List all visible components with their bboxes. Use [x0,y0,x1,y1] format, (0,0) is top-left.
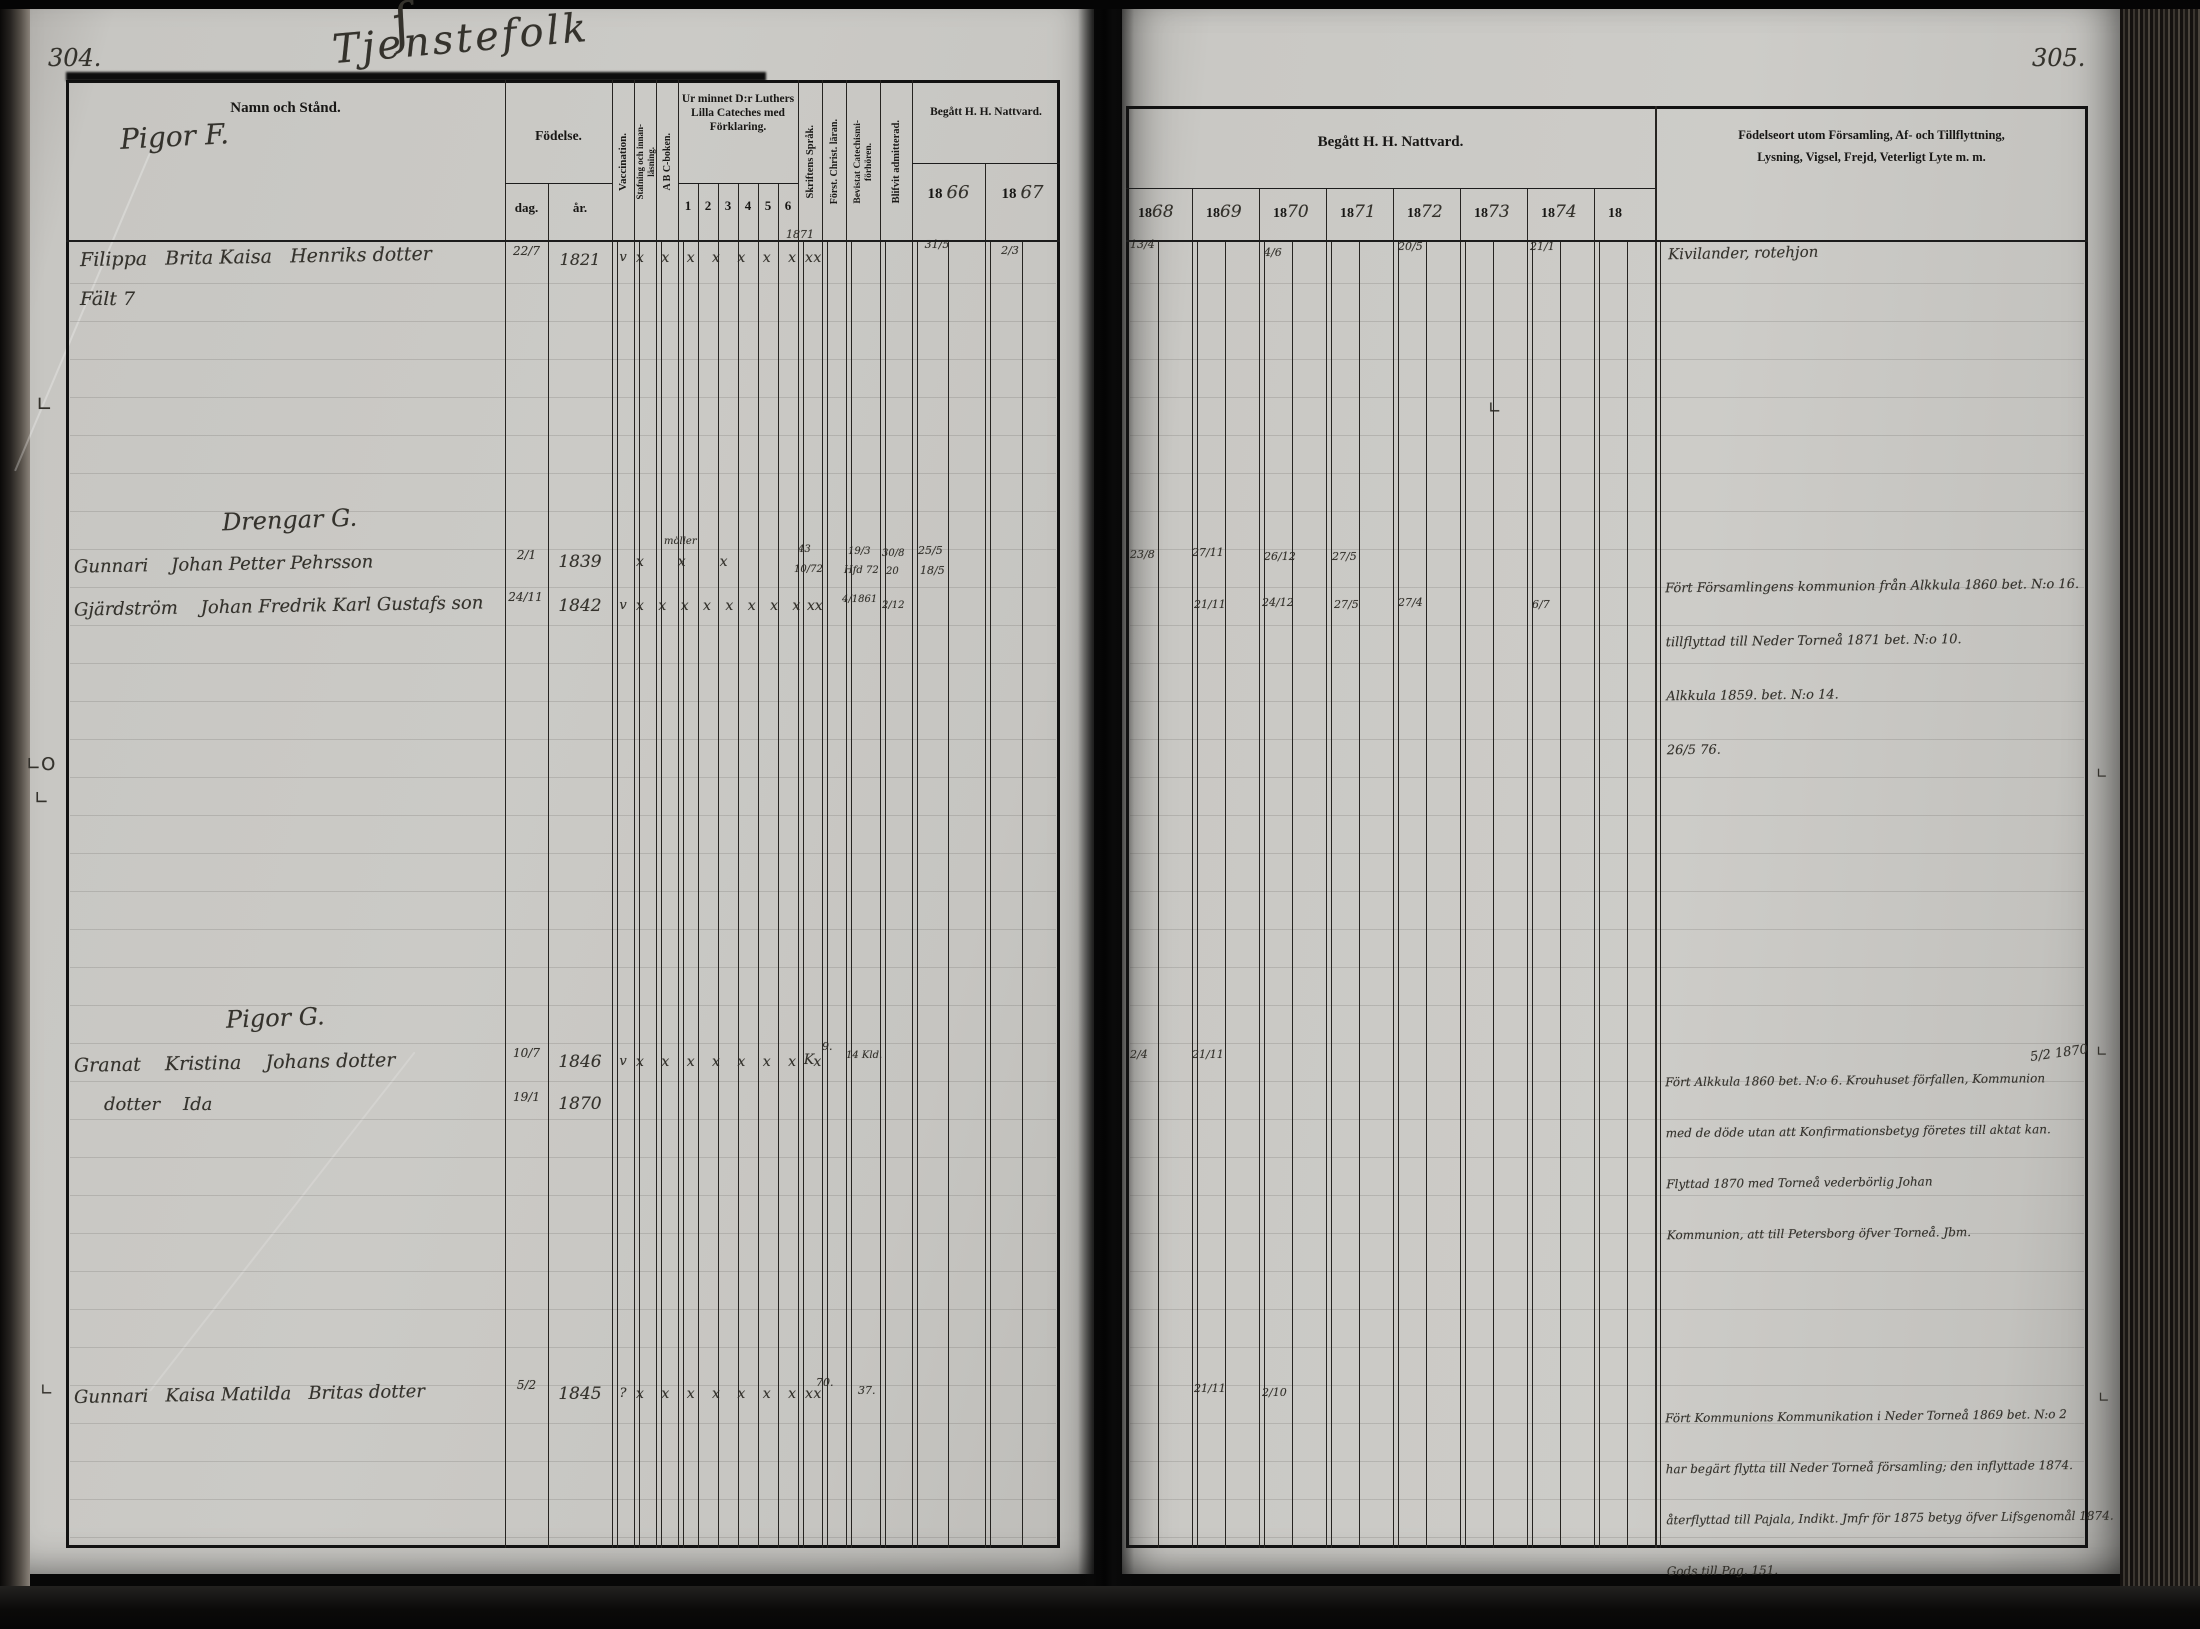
cell-communion-1870: 2/10 [1262,1386,1287,1399]
cell-communion-1871: 27/5 [1334,598,1359,611]
table-rule-vertical [912,80,913,242]
cell-birth-day-2: 19/1 [505,1090,548,1104]
note-line: Fört Alkkula 1860 bet. N:o 6. Krouhuset … [1665,1070,2095,1092]
table-rule-vertical [1460,188,1461,242]
col-header-name: Namn och Stånd. [66,100,505,117]
table-rule-vertical [822,80,823,242]
col-header-spelling: Stafning och innan- läsning. [634,86,656,238]
col-header-communion-left: Begått H. H. Nattvard. [912,106,1060,118]
table-rule-vertical [758,242,759,1548]
table-rule-vertical [846,80,847,242]
note-line: Alkkula 1859. bet. N:o 14. [1666,684,2096,707]
book-page-edges [2120,0,2200,1629]
table-rule-vertical [1460,242,1461,1548]
table-rule-vertical [1465,242,1466,1548]
year-handwritten-71: 71 [1354,202,1376,222]
col-header-spelling-line2: läsning. [646,147,656,177]
cell-scripture-top: 43 [798,544,811,555]
table-rule-vertical [738,183,739,242]
table-rule-vertical [639,242,640,1548]
table-rule-vertical [683,242,684,1548]
cell-communion-1867: 2/3 [990,244,1030,257]
table-rule-vertical [1158,242,1159,1548]
table-rule-vertical [1426,242,1427,1548]
table-rule-vertical [548,242,549,1548]
year-prefix: 18 [1541,206,1555,221]
table-rule-vertical [738,242,739,1548]
note-line: Kommunion, att till Petersborg öfver Tor… [1667,1223,2097,1245]
year-handwritten-72: 72 [1421,202,1443,222]
table-rule-vertical [822,242,823,1548]
col-header-day: dag. [505,200,548,216]
col-header-year: år. [548,200,612,216]
cell-birth-year: 1846 [548,1052,612,1072]
cell-birth-year: 1842 [548,596,612,616]
notes-block-bottom: Fört Kommunions Kommunikation i Neder To… [1665,1372,2107,1615]
cell-birth-day: 24/11 [503,590,548,604]
col-header-abc-book: A B C-boken. [656,86,678,238]
col-header-communion-right: Begått H. H. Nattvard. [1126,134,1655,151]
margin-mark: ∟ [34,788,49,809]
col-header-cat-2: 2 [698,198,718,214]
table-rule-vertical [548,183,549,242]
note-line: 26/5 76. [1667,738,2097,761]
col-header-abc-book-label: A B C-boken. [662,133,673,191]
cell-exam-note: 4/1861 [842,594,877,605]
cell-communion-1871: 27/5 [1332,550,1357,563]
table-rule-vertical [1259,242,1260,1548]
table-rule-vertical [1527,188,1528,242]
table-rule-vertical [758,183,759,242]
col-header-admitted: Blifvit admitterad. [880,86,912,238]
margin-mark: ∟O [26,754,55,775]
table-rule-vertical [661,242,662,1548]
table-rule-vertical [1398,242,1399,1548]
table-rule-vertical [678,80,679,242]
table-rule-vertical [778,183,779,242]
table-rule-vertical [798,80,799,242]
cell-communion-1866-bottom: 18/5 [920,564,945,577]
year-prefix: 18 [1474,206,1488,221]
table-rule-vertical [917,242,918,1548]
section-heading-pigor: Pigor G. [226,1002,326,1033]
table-rule-horizontal [1126,240,2088,242]
margin-mark: ∟ [36,392,53,416]
col-header-scripture: Skriftens Språk. [798,86,822,238]
row-name-line2: Fält 7 [80,288,135,310]
scan-top-edge [0,0,2200,9]
table-rule-vertical [505,80,506,242]
year-handwritten-68: 68 [1152,202,1174,222]
cell-birth-day: 10/7 [505,1046,548,1060]
left-table-top-smear [66,72,766,81]
year-cell-1867: 18 67 [985,182,1060,203]
cell-communion-1870: 4/6 [1264,246,1282,259]
table-rule-vertical [1527,242,1528,1548]
col-header-christianity-label: Först. Christ. läran. [829,119,840,204]
notes-block-pigor: Fört Alkkula 1860 bet. N:o 6. Krouhuset … [1665,1036,2097,1278]
table-rule-vertical [1599,242,1600,1548]
table-rule-vertical [1560,242,1561,1548]
year-prefix: 18 [1340,206,1354,221]
table-rule-vertical [1225,242,1226,1548]
table-rule-horizontal [505,183,612,184]
cell-vaccination: v [612,1054,634,1069]
cell-communion-1868: 2/4 [1130,1048,1148,1061]
table-rule-vertical [1359,242,1360,1548]
cell-annotation: möller [664,536,697,547]
note-line: tillflyttad till Neder Torneå 1871 bet. … [1666,630,2096,653]
year-prefix: 18 [1206,206,1220,221]
col-header-scripture-label: Skriftens Språk. [805,125,816,199]
table-rule-vertical [1331,242,1332,1548]
table-rule-vertical [1292,242,1293,1548]
page-number-left: 304. [48,44,101,72]
table-rule-vertical [1493,242,1494,1548]
margin-mark: ∟ [40,1380,53,1399]
table-rule-horizontal [678,183,798,184]
table-rule-vertical [1326,242,1327,1548]
table-rule-vertical [990,242,991,1548]
col-header-cat-6: 6 [778,198,798,214]
page-number-right: 305. [2032,44,2085,72]
col-header-cat-5: 5 [758,198,778,214]
table-rule-vertical [912,242,913,1548]
cell-scripture-mark: x [798,250,820,266]
table-rule-vertical [1393,188,1394,242]
table-rule-horizontal [912,163,1060,164]
cell-birth-day: 2/1 [505,548,548,562]
table-rule-vertical [617,242,618,1548]
cell-communion-1869: 21/11 [1194,598,1226,611]
cell-vaccination: v [612,250,634,265]
table-rule-vertical [880,242,881,1548]
table-rule-vertical [985,163,986,242]
table-rule-vertical [1192,242,1193,1548]
col-header-attended-exam-line2: förhören. [864,143,874,181]
cell-birth-year: 1821 [548,250,612,269]
col-header-cat-4: 4 [738,198,758,214]
cell-communion-1868: 23/8 [1130,548,1155,561]
table-rule-vertical [634,242,635,1548]
table-rule-vertical [612,80,613,242]
cell-exam-top: 70. [816,1376,834,1389]
table-rule-vertical [634,80,635,242]
table-rule-vertical [846,242,847,1548]
table-rule-vertical [1532,242,1533,1548]
col-header-christianity: Först. Christ. läran. [822,86,846,238]
year-prefix: 18 [1138,206,1152,221]
col-header-vaccination: Vaccination. [612,86,634,238]
note-line: Fört Kommunions Kommunikation i Neder To… [1665,1406,2105,1428]
table-rule-vertical [1594,188,1595,242]
year-handwritten-66: 66 [947,182,970,203]
cell-exam-bottom: Hfd 72 [844,565,879,576]
cell-communion-1870: 26/12 [1264,550,1296,563]
year-handwritten-74: 74 [1555,202,1577,222]
table-rule-vertical [718,183,719,242]
table-rule-vertical [1326,188,1327,242]
table-rule-vertical [1259,188,1260,242]
table-rule-horizontal [1126,188,1655,189]
note-line: Flyttad 1870 med Torneå vederbörlig Joha… [1666,1172,2096,1194]
table-rule-vertical [803,242,804,1548]
margin-mark: ∟ [2098,1390,2110,1406]
ruled-lines-left [70,246,1056,1544]
col-header-notes-line1: Födelseort utom Församling, Af- och Till… [1655,128,2088,143]
scanned-parish-register-spread: 304. 305. ſ Tjenstefolk Namn och Stånd. … [0,0,2200,1629]
cell-notes: Kivilander, rotehjon [1668,243,1819,264]
col-header-vaccination-label: Vaccination. [617,133,629,191]
col-header-catechism: Ur minnet D:r Luthers Lilla Cateches med… [680,92,796,134]
cell-communion-1874: 6/7 [1532,598,1550,611]
cell-communion-1872: 27/4 [1398,596,1423,609]
cell-birth-year: 1839 [548,552,612,572]
year-prefix: 18 [1608,206,1622,221]
cell-admitted-bottom: 20 [886,566,899,577]
cell-communion-1869: 21/11 [1194,1382,1226,1395]
note-line: Fört Församlingens kommunion från Alkkul… [1665,576,2095,599]
table-rule-vertical [985,242,986,1548]
cell-vaccination: v [612,598,634,613]
cell-birth-day: 22/7 [505,244,548,258]
year-prefix: 18 [1273,206,1287,221]
note-line: återflyttad till Pajala, Indikt. Jmfr fö… [1666,1508,2106,1530]
cell-birth-year-2: 1870 [548,1094,612,1114]
cell-scripture-mark: K [798,1052,820,1068]
table-rule-vertical [1627,242,1628,1548]
table-rule-vertical [798,242,799,1548]
table-rule-vertical [656,242,657,1548]
cell-catechism-marks: x x x [636,554,702,570]
margin-mark: ∟ [1488,398,1501,417]
col-header-notes-line2: Lysning, Vigsel, Frejd, Veterligt Lyte m… [1655,150,2088,165]
year-handwritten-73: 73 [1488,202,1510,222]
year-prefix: 18 [1407,206,1421,221]
table-rule-vertical [1197,242,1198,1548]
cell-birth-year: 1845 [548,1384,612,1404]
table-rule-vertical [885,242,886,1548]
note-line: har begärt flytta till Neder Torneå förs… [1666,1457,2106,1479]
cell-birth-day: 5/2 [505,1378,548,1392]
book-spine [0,0,30,1629]
col-header-birth: Födelse. [505,128,612,144]
table-rule-vertical [505,242,506,1548]
table-rule-vertical [698,183,699,242]
table-rule-vertical [1660,242,1661,1548]
year-cell-18-blank: 18 [1594,202,1669,222]
table-rule-vertical [698,242,699,1548]
cell-vaccination: ? [612,1386,634,1401]
year-handwritten-67: 67 [1021,182,1044,203]
col-header-attended-exam-line1: Bevistat Catechismi- [853,120,863,204]
section-heading-drengar: Drengar G. [222,504,358,537]
col-header-admitted-label: Blifvit admitterad. [891,120,902,203]
table-rule-vertical [1393,242,1394,1548]
margin-mark: ∟ [2096,766,2108,782]
year-prefix: 18 [1002,186,1017,202]
table-rule-vertical [778,242,779,1548]
table-rule-vertical [1022,242,1023,1548]
cell-communion-1866-top: 25/5 [918,544,943,557]
section-label-pigor-f: Pigor F. [119,117,229,156]
ruled-lines-right [1130,246,2084,1544]
table-rule-horizontal [66,240,1060,242]
table-rule-vertical [880,80,881,242]
col-header-attended-exam: Bevistat Catechismi- förhören. [846,86,880,238]
table-rule-vertical [1192,188,1193,242]
margin-mark: ∟ [2096,1044,2108,1060]
table-rule-vertical [948,242,949,1548]
table-rule-vertical [1594,242,1595,1548]
table-rule-vertical [827,242,828,1548]
col-header-spelling-line1: Stafning och innan- [635,124,645,200]
row-name-line2: dotter Ida [104,1094,212,1115]
table-rule-vertical [1655,106,1657,1548]
cell-exam-bottom: 37. [858,1384,876,1397]
table-rule-vertical [612,242,613,1548]
table-rule-vertical [678,242,679,1548]
col-header-cat-3: 3 [718,198,738,214]
cell-communion-1870: 24/12 [1262,596,1294,609]
table-rule-vertical [1264,242,1265,1548]
table-rule-vertical [718,242,719,1548]
col-header-cat-1: 1 [678,198,698,214]
year-handwritten-70: 70 [1287,202,1309,222]
notes-block-drengar: Fört Församlingens kommunion från Alkkul… [1665,540,2098,796]
year-cell-1866: 18 66 [912,182,985,203]
note-line: med de döde utan att Konfirmationsbetyg … [1666,1121,2096,1143]
table-rule-vertical [656,80,657,242]
note-line: Gods till Pag. 151. [1667,1559,2107,1581]
year-prefix: 18 [928,186,943,202]
year-handwritten-69: 69 [1220,202,1242,222]
table-rule-vertical [851,242,852,1548]
